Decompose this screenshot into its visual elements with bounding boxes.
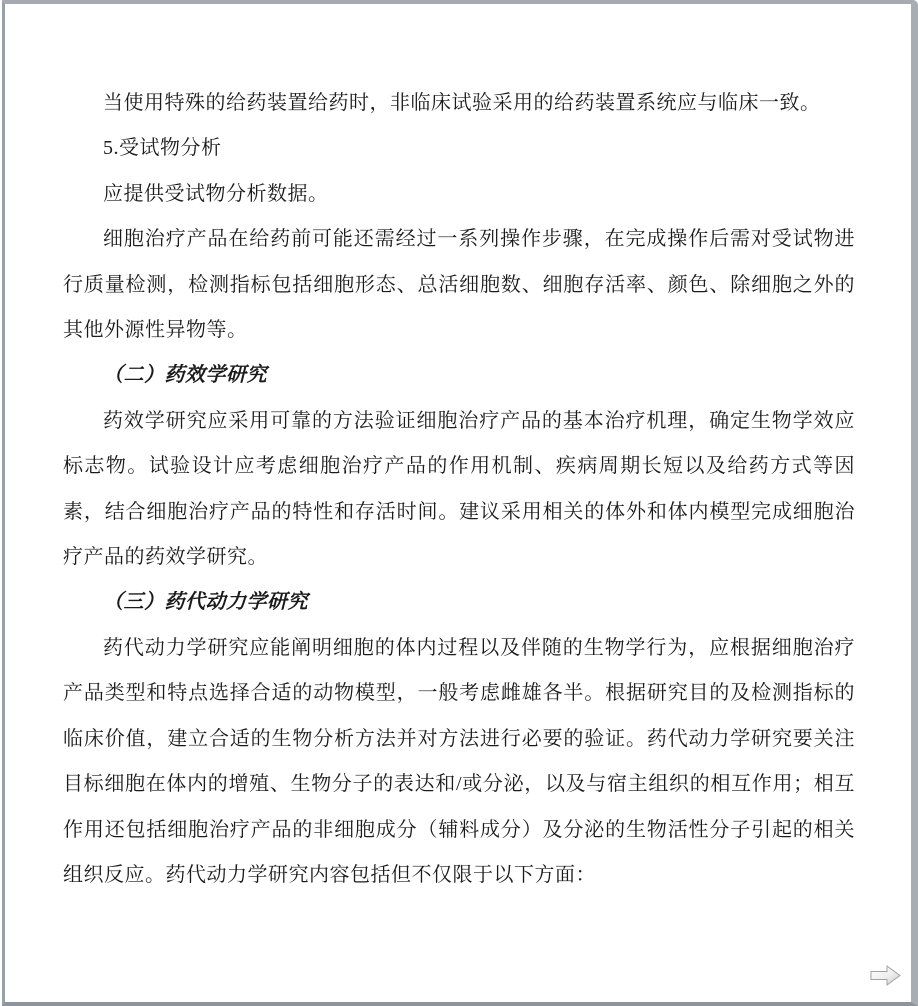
paragraph: 当使用特殊的给药装置给药时，非临床试验采用的给药装置系统应与临床一致。 [63,81,855,126]
paragraph: 5.受试物分析 [63,126,855,171]
page-sheet: 当使用特殊的给药装置给药时，非临床试验采用的给药装置系统应与临床一致。5.受试物… [2,0,918,1006]
paragraph: 细胞治疗产品在给药前可能还需经过一系列操作步骤，在完成操作后需对受试物进行质量检… [63,217,855,353]
next-page-arrow-icon[interactable] [870,962,901,989]
paragraph: 应提供受试物分析数据。 [63,172,855,217]
paragraph: （二）药效学研究 [63,353,855,398]
paragraph: （三）药代动力学研究 [63,580,855,625]
document-body: 当使用特殊的给药装置给药时，非临床试验采用的给药装置系统应与临床一致。5.受试物… [5,4,911,898]
paragraph: 药效学研究应采用可靠的方法验证细胞治疗产品的基本治疗机理，确定生物学效应标志物。… [63,399,855,581]
viewer-canvas: 当使用特殊的给药装置给药时，非临床试验采用的给药装置系统应与临床一致。5.受试物… [0,0,918,1006]
paragraph: 药代动力学研究应能阐明细胞的体内过程以及伴随的生物学行为，应根据细胞治疗产品类型… [63,626,855,898]
